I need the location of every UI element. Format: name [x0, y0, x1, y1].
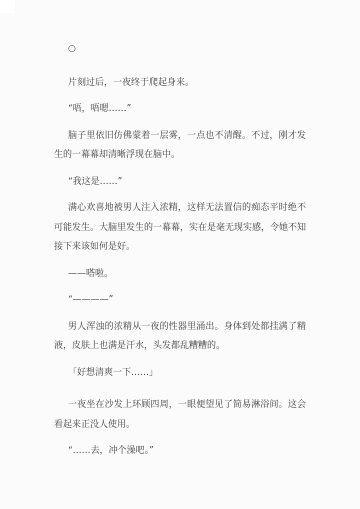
paragraph-narration: 男人浑浊的浓精从一夜的性器里涌出。身体到处都挂满了精液，皮肤上也满是汗水，头发都…: [54, 318, 306, 357]
paragraph-dialogue: “……去，冲个澡吧。”: [54, 442, 306, 462]
corner-artifact: [0, 0, 15, 13]
paragraph-dialogue: “我这是……”: [54, 173, 306, 193]
paragraph-narration: 一夜坐在沙发上环顾四周，一眼便望见了简易淋浴间。这会看起来正没人使用。: [54, 396, 306, 435]
paragraph-narration: 脑子里依旧仿佛蒙着一层雾，一点也不清醒。不过，刚才发生的一幕幕却清晰浮现在脑中。: [54, 127, 306, 166]
novel-text-column: ○片刻过后，一夜终于爬起身来。“唔，唔嗯……”脑子里依旧仿佛蒙着一层雾，一点也不…: [54, 40, 306, 469]
novel-reader-page: ○片刻过后，一夜终于爬起身来。“唔，唔嗯……”脑子里依旧仿佛蒙着一层雾，一点也不…: [0, 0, 360, 509]
paragraph-inner-thought: 「好想清爽一下……」: [54, 364, 306, 384]
paragraph-narration: 片刻过后，一夜终于爬起身来。: [54, 74, 306, 94]
paragraph-scene-break: ○: [54, 40, 306, 60]
paragraph-dialogue: “————”: [54, 291, 306, 311]
paragraph-sound-effect: ——嗒啦。: [54, 265, 306, 285]
paragraph-narration: 满心欢喜地被男人注入浓精，这样无法置信的痴态平时绝不可能发生。大脑里发生的一幕幕…: [54, 199, 306, 258]
paragraph-dialogue: “唔，唔嗯……”: [54, 100, 306, 120]
